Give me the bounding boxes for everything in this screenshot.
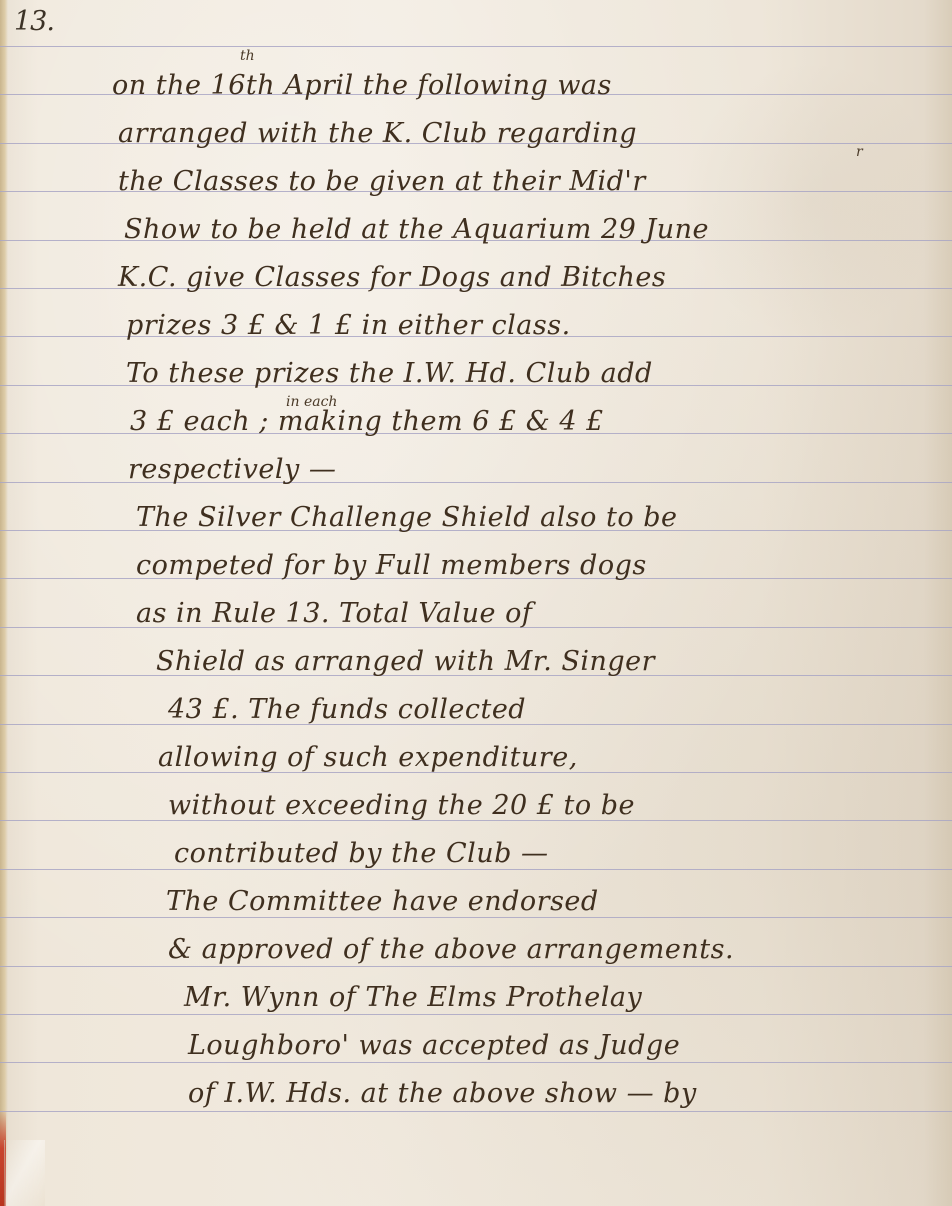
handwritten-line: Loughboro' was accepted as Judge bbox=[188, 1030, 680, 1061]
page-curl bbox=[4, 1140, 45, 1206]
handwritten-line: & approved of the above arrangements. bbox=[168, 934, 734, 965]
handwritten-insertion: in each bbox=[286, 394, 337, 410]
handwritten-line: prizes 3 £ & 1 £ in either class. bbox=[126, 310, 571, 341]
handwritten-line: on the 16th April the following was bbox=[112, 70, 612, 101]
handwritten-line: the Classes to be given at their Mid'r bbox=[118, 166, 646, 197]
ruled-line bbox=[0, 869, 952, 870]
ruled-line bbox=[0, 966, 952, 967]
handwritten-line: of I.W. Hds. at the above show — by bbox=[188, 1078, 697, 1109]
ruled-line bbox=[0, 1111, 952, 1112]
handwritten-line: contributed by the Club — bbox=[174, 838, 549, 869]
handwritten-line: Show to be held at the Aquarium 29 June bbox=[124, 214, 709, 245]
handwritten-line: without exceeding the 20 £ to be bbox=[168, 790, 635, 821]
handwritten-line: allowing of such expenditure, bbox=[158, 742, 578, 773]
ink-bleed-through bbox=[682, 60, 942, 340]
binding-edge bbox=[0, 0, 8, 1206]
handwritten-line: To these prizes the I.W. Hd. Club add bbox=[126, 358, 653, 389]
ledger-page: 13. on the 16th April the following wasa… bbox=[0, 0, 952, 1206]
handwritten-line: The Committee have endorsed bbox=[166, 886, 599, 917]
handwritten-insertion: th bbox=[240, 48, 255, 64]
handwritten-line: The Silver Challenge Shield also to be bbox=[136, 502, 677, 533]
ruled-line bbox=[0, 1014, 952, 1015]
page-number: 13. bbox=[14, 6, 54, 37]
handwritten-line: Shield as arranged with Mr. Singer bbox=[156, 646, 655, 677]
handwritten-line: respectively — bbox=[128, 454, 336, 485]
handwritten-line: K.C. give Classes for Dogs and Bitches bbox=[118, 262, 666, 293]
handwritten-line: 3 £ each ; making them 6 £ & 4 £ bbox=[130, 406, 604, 437]
handwritten-line: Mr. Wynn of The Elms Prothelay bbox=[184, 982, 642, 1013]
ruled-line bbox=[0, 917, 952, 918]
ruled-line bbox=[0, 46, 952, 47]
ruled-line bbox=[0, 1062, 952, 1063]
handwritten-line: arranged with the K. Club regarding bbox=[118, 118, 637, 149]
handwritten-insertion: r bbox=[856, 144, 863, 160]
handwritten-line: 43 £. The funds collected bbox=[168, 694, 526, 725]
handwritten-line: as in Rule 13. Total Value of bbox=[136, 598, 532, 629]
handwritten-line: competed for by Full members dogs bbox=[136, 550, 647, 581]
